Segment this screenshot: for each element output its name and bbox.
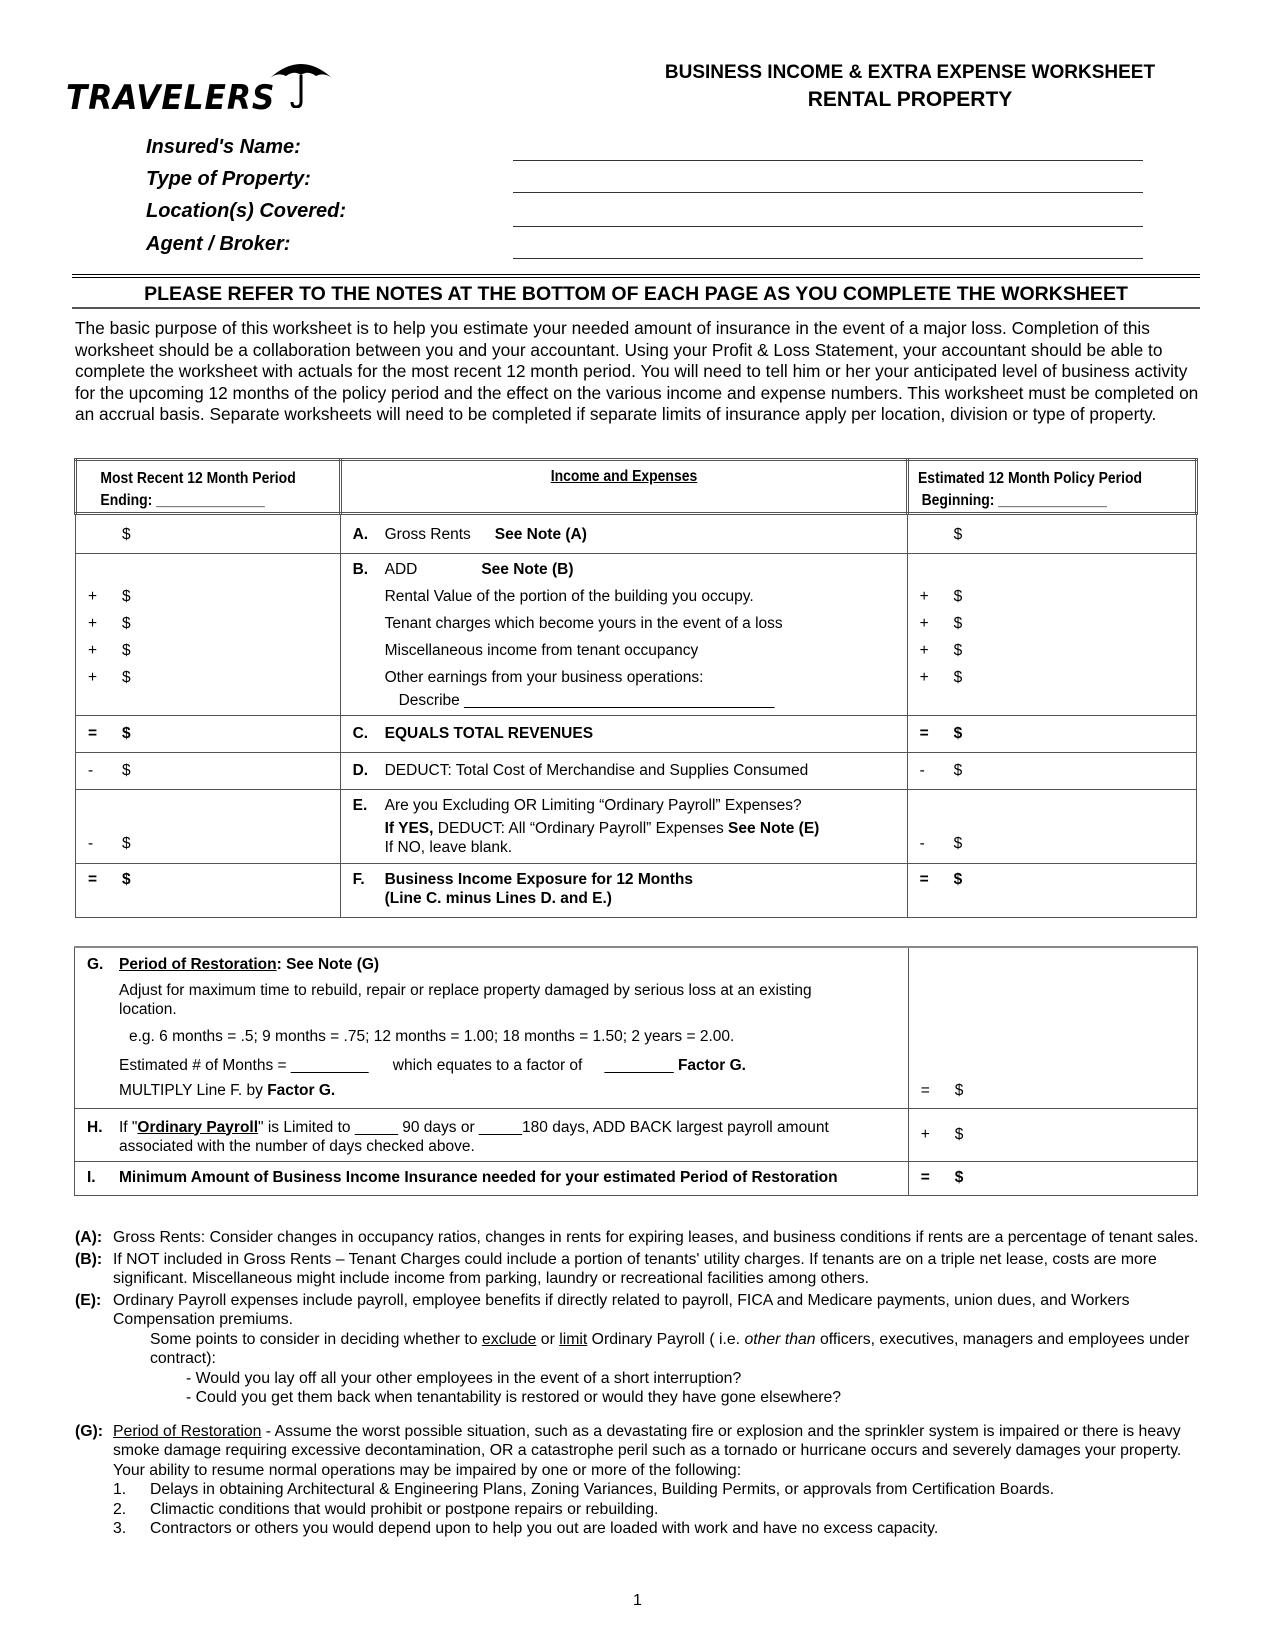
note-e: (E):Ordinary Payroll expenses include pa… [75, 1291, 1215, 1408]
row-b1-recent-amount[interactable]: +$ [76, 583, 340, 610]
insured-name-field[interactable] [513, 160, 1143, 161]
worksheet-title: BUSINESS INCOME & EXTRA EXPENSE WORKSHEE… [610, 62, 1210, 84]
beginning-date-field[interactable]: Beginning: ______________ [918, 490, 1167, 512]
row-h-amount[interactable]: +$ [908, 1108, 1197, 1161]
header-income-expenses: Income and Expenses [340, 460, 907, 514]
estimated-months-field[interactable]: Estimated # of Months = _________ [119, 1057, 368, 1074]
page-number: 1 [0, 1592, 1275, 1610]
describe-field[interactable]: Describe _______________________________… [341, 691, 907, 715]
row-f-estimated-amount[interactable]: =$ [907, 864, 1196, 918]
row-b1-estimated-amount[interactable]: +$ [908, 583, 1196, 610]
row-a-recent-amount[interactable]: $ [76, 514, 341, 554]
locations-covered-label: Location(s) Covered: [146, 200, 346, 223]
factor-g-field[interactable]: ________ [605, 1057, 674, 1074]
agent-broker-field[interactable] [513, 258, 1143, 259]
row-e-estimated-amount[interactable]: -$ [907, 790, 1196, 864]
row-c-recent-amount[interactable]: =$ [76, 716, 341, 753]
brand-name: TRAVELERS [66, 78, 275, 118]
notes-section: (A):Gross Rents: Consider changes in occ… [75, 1228, 1215, 1541]
row-b2-estimated-amount[interactable]: +$ [908, 610, 1196, 637]
note-a: (A):Gross Rents: Consider changes in occ… [75, 1228, 1215, 1248]
ending-date-field[interactable]: Ending: ______________ [100, 490, 312, 512]
table-row-g: G.Period of Restoration: See Note (G) Ad… [75, 947, 1198, 1108]
locations-covered-field[interactable] [513, 226, 1143, 227]
table-row-f: =$ F.Business Income Exposure for 12 Mon… [76, 864, 1197, 918]
table-row-d: -$ D.DEDUCT: Total Cost of Merchandise a… [76, 753, 1197, 790]
notes-banner: PLEASE REFER TO THE NOTES AT THE BOTTOM … [72, 283, 1200, 306]
row-b4-estimated-amount[interactable]: +$ [908, 664, 1196, 691]
row-b4-recent-amount[interactable]: +$ [76, 664, 340, 691]
table-row-i: I.Minimum Amount of Business Income Insu… [75, 1161, 1198, 1195]
row-i-amount[interactable]: =$ [908, 1161, 1197, 1195]
divider [72, 274, 1200, 278]
header-most-recent: Most Recent 12 Month PeriodEnding: _____… [76, 460, 341, 514]
restoration-table: G.Period of Restoration: See Note (G) Ad… [74, 946, 1198, 1196]
row-b3-estimated-amount[interactable]: +$ [908, 637, 1196, 664]
insured-name-label: Insured's Name: [146, 136, 301, 159]
divider [72, 307, 1200, 309]
row-e-recent-amount[interactable]: -$ [76, 790, 341, 864]
table-row-h: H. If "Ordinary Payroll" is Limited to _… [75, 1108, 1198, 1161]
travelers-logo: TRAVELERS [66, 56, 326, 116]
row-c-estimated-amount[interactable]: =$ [907, 716, 1196, 753]
agent-broker-label: Agent / Broker: [146, 233, 290, 256]
row-d-estimated-amount[interactable]: -$ [907, 753, 1196, 790]
header-estimated: Estimated 12 Month Policy PeriodBeginnin… [907, 460, 1196, 514]
table-row-a: $ A.Gross RentsSee Note (A) $ [76, 514, 1197, 554]
type-of-property-label: Type of Property: [146, 168, 311, 191]
row-b3-recent-amount[interactable]: +$ [76, 637, 340, 664]
note-b: (B):If NOT included in Gross Rents – Ten… [75, 1250, 1215, 1289]
row-a-estimated-amount[interactable]: $ [907, 514, 1196, 554]
row-d-recent-amount[interactable]: -$ [76, 753, 341, 790]
income-expense-table: Most Recent 12 Month PeriodEnding: _____… [74, 458, 1198, 918]
umbrella-icon [266, 56, 336, 108]
table-row-e: -$ E.Are you Excluding OR Limiting “Ordi… [76, 790, 1197, 864]
row-f-recent-amount[interactable]: =$ [76, 864, 341, 918]
intro-paragraph: The basic purpose of this worksheet is t… [75, 318, 1205, 426]
table-header: Most Recent 12 Month PeriodEnding: _____… [76, 460, 1197, 514]
worksheet-subtitle: RENTAL PROPERTY [610, 88, 1210, 112]
table-row-b: +$ +$ +$ +$ B.ADDSee Note (B) Rental Val… [76, 554, 1197, 716]
table-row-c: =$ C.EQUALS TOTAL REVENUES =$ [76, 716, 1197, 753]
type-of-property-field[interactable] [513, 192, 1143, 193]
note-g: (G):Period of Restoration - Assume the w… [75, 1422, 1215, 1539]
row-g-amount[interactable]: =$ [908, 947, 1197, 1108]
row-b2-recent-amount[interactable]: +$ [76, 610, 340, 637]
